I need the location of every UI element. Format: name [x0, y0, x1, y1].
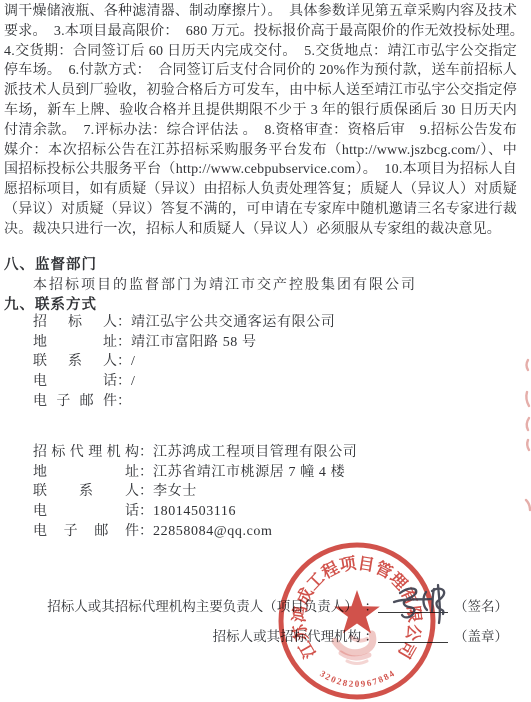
contact-row: 电子邮件： [33, 392, 335, 412]
contact-value: 李女士 [153, 484, 197, 499]
section9-heading: 九、联系方式 [4, 293, 97, 314]
contact-value: 江苏鸿成工程项目管理有限公司 [153, 445, 357, 460]
contact-value: 18014503116 [153, 504, 236, 519]
contact-value: / [131, 354, 136, 369]
contact-label: 招标代理机构 [33, 443, 139, 463]
contact-label: 联系人 [33, 352, 117, 372]
colon: ： [117, 394, 131, 409]
contact-value: 靖江市富阳路 58 号 [131, 335, 257, 350]
seal-smudge [335, 634, 373, 664]
contact-row: 联系人：李女士 [33, 482, 357, 502]
contact-label: 电话 [33, 502, 139, 522]
colon: ： [117, 354, 131, 369]
colon: ： [139, 524, 153, 539]
contact-label: 电话 [33, 372, 117, 392]
contact-value: 靖江弘宇公共交通客运有限公司 [131, 315, 335, 330]
contact-label: 招标人 [33, 313, 117, 333]
signature-row-suffix: （签名） [454, 599, 508, 614]
tenderer-contact-block: 招标人：靖江弘宇公共交通客运有限公司 地址：靖江市富阳路 58 号 联系人：/ … [33, 313, 335, 411]
colon: ： [117, 335, 131, 350]
contact-label: 电子邮件 [33, 522, 139, 542]
colon: ： [139, 465, 153, 480]
contact-label: 地址 [33, 463, 139, 483]
contact-value: 22858084@qq.com [153, 524, 273, 539]
svg-text:2: 2 [348, 679, 354, 689]
svg-text:0: 0 [355, 679, 360, 689]
section8-heading: 八、监督部门 [4, 253, 97, 274]
colon: ： [117, 374, 131, 389]
svg-text:司: 司 [394, 638, 419, 662]
contact-label: 地址 [33, 333, 117, 353]
section8-body: 本招标项目的监督部门为靖江市交产控股集团有限公司 [33, 274, 417, 294]
svg-text:苏: 苏 [289, 622, 312, 643]
colon: ： [139, 484, 153, 499]
document-page: 调干燥储液瓶、各种滤清器、制动摩擦片）。 具体参数详见第五章采购内容及技术要求。… [0, 0, 531, 702]
colon: ： [139, 504, 153, 519]
contact-value: / [131, 374, 136, 389]
colon: ： [139, 445, 153, 460]
contact-label: 电子邮件 [33, 392, 117, 412]
svg-text:项: 项 [338, 553, 358, 574]
seal-number-arc: 3202820967884 [318, 668, 396, 689]
edge-seal-fragment [521, 356, 531, 516]
contact-row: 招标人：靖江弘宇公共交通客运有限公司 [33, 313, 335, 333]
contact-row: 电子邮件：22858084@qq.com [33, 522, 357, 542]
contact-label: 联系人 [33, 482, 139, 502]
agency-contact-block: 招标代理机构：江苏鸿成工程项目管理有限公司 地址：江苏省靖江市桃源居 7 幢 4… [33, 443, 357, 541]
contact-row: 招标代理机构：江苏鸿成工程项目管理有限公司 [33, 443, 357, 463]
contact-row: 电话：/ [33, 372, 335, 392]
seal-star-icon [334, 590, 380, 633]
contact-row: 联系人：/ [33, 352, 335, 372]
contact-row: 地址：靖江市富阳路 58 号 [33, 333, 335, 353]
terms-paragraph: 调干燥储液瓶、各种滤清器、制动摩擦片）。 具体参数详见第五章采购内容及技术要求。… [4, 2, 517, 240]
contact-value: 江苏省靖江市桃源居 7 幢 4 楼 [153, 465, 345, 480]
contact-row: 地址：江苏省靖江市桃源居 7 幢 4 楼 [33, 463, 357, 483]
contact-row: 电话：18014503116 [33, 502, 357, 522]
colon: ： [117, 315, 131, 330]
signature-row-suffix: （盖章） [454, 629, 508, 644]
handwritten-signature [392, 580, 454, 626]
